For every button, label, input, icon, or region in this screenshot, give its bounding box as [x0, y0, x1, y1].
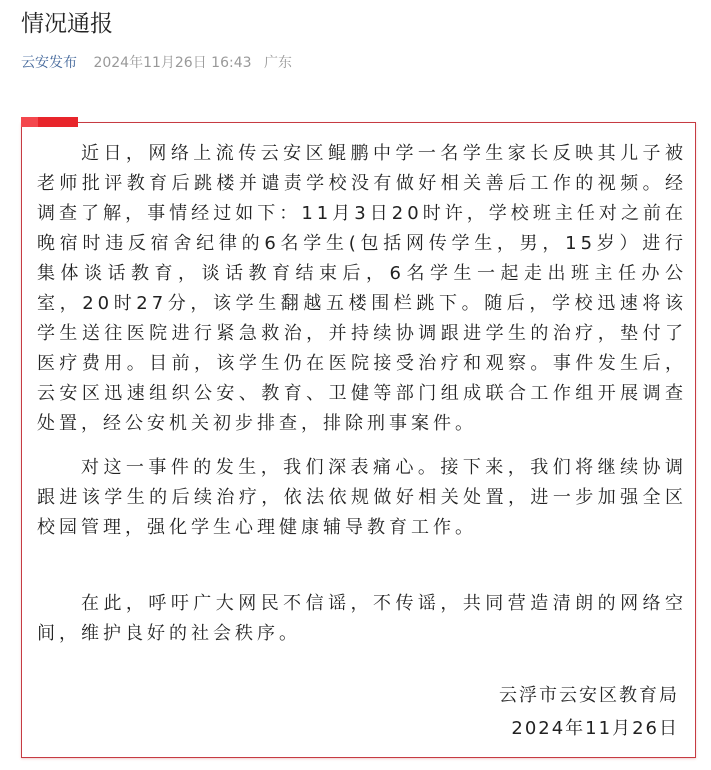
- notice-paragraph-3: 在此，呼吁广大网民不信谣，不传谣，共同营造清朗的网络空间，维护良好的社会秩序。: [37, 589, 687, 649]
- source-link[interactable]: 云安发布: [21, 55, 77, 71]
- publish-location: 广东: [264, 55, 292, 71]
- notice-frame-accent-tab: [21, 117, 78, 127]
- notice-paragraph-2: 对这一事件的发生，我们深表痛心。接下来，我们将继续协调跟进该学生的后续治疗，依法…: [37, 453, 687, 543]
- notice-paragraph-1: 近日，网络上流传云安区鲲鹏中学一名学生家长反映其儿子被老师批评教育后跳楼并谴责学…: [37, 139, 687, 439]
- signature-issuer: 云浮市云安区教育局: [499, 681, 679, 711]
- signature-date: 2024年11月26日: [511, 714, 679, 744]
- article-meta: 云安发布 2024年11月26日 16:43 广东: [21, 53, 292, 73]
- publish-time: 2024年11月26日 16:43: [93, 55, 251, 71]
- article-title: 情况通报: [21, 8, 113, 40]
